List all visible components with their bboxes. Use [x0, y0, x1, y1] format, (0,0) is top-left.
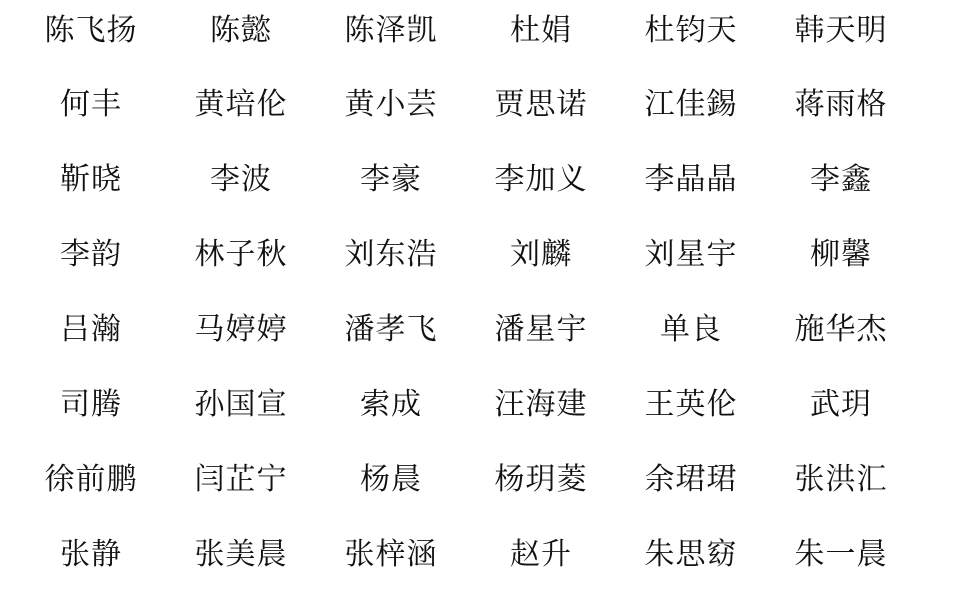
name-cell: 李加义: [466, 160, 616, 200]
name-row-1: 陈飞扬 陈懿 陈泽凯 杜娟 杜钧天 韩天明: [16, 11, 916, 51]
name-cell: 柳馨: [766, 235, 916, 275]
name-cell: 余珺珺: [616, 460, 766, 500]
name-cell: 汪海建: [466, 385, 616, 425]
name-cell: 李鑫: [766, 160, 916, 200]
name-cell: 黄小芸: [316, 85, 466, 125]
name-cell: 陈懿: [166, 11, 316, 51]
name-row-2: 何丰 黄培伦 黄小芸 贾思诺 江佳錫 蒋雨格: [16, 85, 916, 125]
name-cell: 贾思诺: [466, 85, 616, 125]
name-cell: 刘东浩: [316, 235, 466, 275]
name-cell: 张静: [16, 535, 166, 575]
name-row-3: 靳晓 李波 李豪 李加义 李晶晶 李鑫: [16, 160, 916, 200]
name-cell: 李波: [166, 160, 316, 200]
name-cell: 孙国宣: [166, 385, 316, 425]
name-cell: 韩天明: [766, 11, 916, 51]
name-cell: 何丰: [16, 85, 166, 125]
name-cell: 朱一晨: [766, 535, 916, 575]
name-cell: 杜娟: [466, 11, 616, 51]
name-row-5: 吕瀚 马婷婷 潘孝飞 潘星宇 单良 施华杰: [16, 310, 916, 350]
name-cell: 蒋雨格: [766, 85, 916, 125]
name-cell: 黄培伦: [166, 85, 316, 125]
name-cell: 刘星宇: [616, 235, 766, 275]
name-row-7: 徐前鹏 闫芷宁 杨晨 杨玥菱 余珺珺 张洪汇: [16, 460, 916, 500]
name-cell: 张美晨: [166, 535, 316, 575]
name-cell: 司腾: [16, 385, 166, 425]
name-row-6: 司腾 孙国宣 索成 汪海建 王英伦 武玥: [16, 385, 916, 425]
name-cell: 陈泽凯: [316, 11, 466, 51]
name-row-4: 李韵 林子秋 刘东浩 刘麟 刘星宇 柳馨: [16, 235, 916, 275]
name-cell: 杨晨: [316, 460, 466, 500]
name-cell: 索成: [316, 385, 466, 425]
name-cell: 杜钧天: [616, 11, 766, 51]
name-cell: 林子秋: [166, 235, 316, 275]
name-cell: 吕瀚: [16, 310, 166, 350]
name-cell: 李晶晶: [616, 160, 766, 200]
name-cell: 闫芷宁: [166, 460, 316, 500]
name-cell: 武玥: [766, 385, 916, 425]
name-cell: 潘星宇: [466, 310, 616, 350]
name-cell: 徐前鹏: [16, 460, 166, 500]
name-cell: 王英伦: [616, 385, 766, 425]
name-cell: 江佳錫: [616, 85, 766, 125]
name-cell: 张洪汇: [766, 460, 916, 500]
name-cell: 马婷婷: [166, 310, 316, 350]
name-cell: 李韵: [16, 235, 166, 275]
name-cell: 赵升: [466, 535, 616, 575]
name-cell: 李豪: [316, 160, 466, 200]
name-cell: 杨玥菱: [466, 460, 616, 500]
name-cell: 刘麟: [466, 235, 616, 275]
name-cell: 施华杰: [766, 310, 916, 350]
name-cell: 单良: [616, 310, 766, 350]
name-row-8: 张静 张美晨 张梓涵 赵升 朱思窈 朱一晨: [16, 535, 916, 575]
name-cell: 陈飞扬: [16, 11, 166, 51]
name-cell: 靳晓: [16, 160, 166, 200]
name-list-grid: 陈飞扬 陈懿 陈泽凯 杜娟 杜钧天 韩天明 何丰 黄培伦 黄小芸 贾思诺 江佳錫…: [16, 0, 916, 614]
name-cell: 张梓涵: [316, 535, 466, 575]
name-cell: 潘孝飞: [316, 310, 466, 350]
name-cell: 朱思窈: [616, 535, 766, 575]
